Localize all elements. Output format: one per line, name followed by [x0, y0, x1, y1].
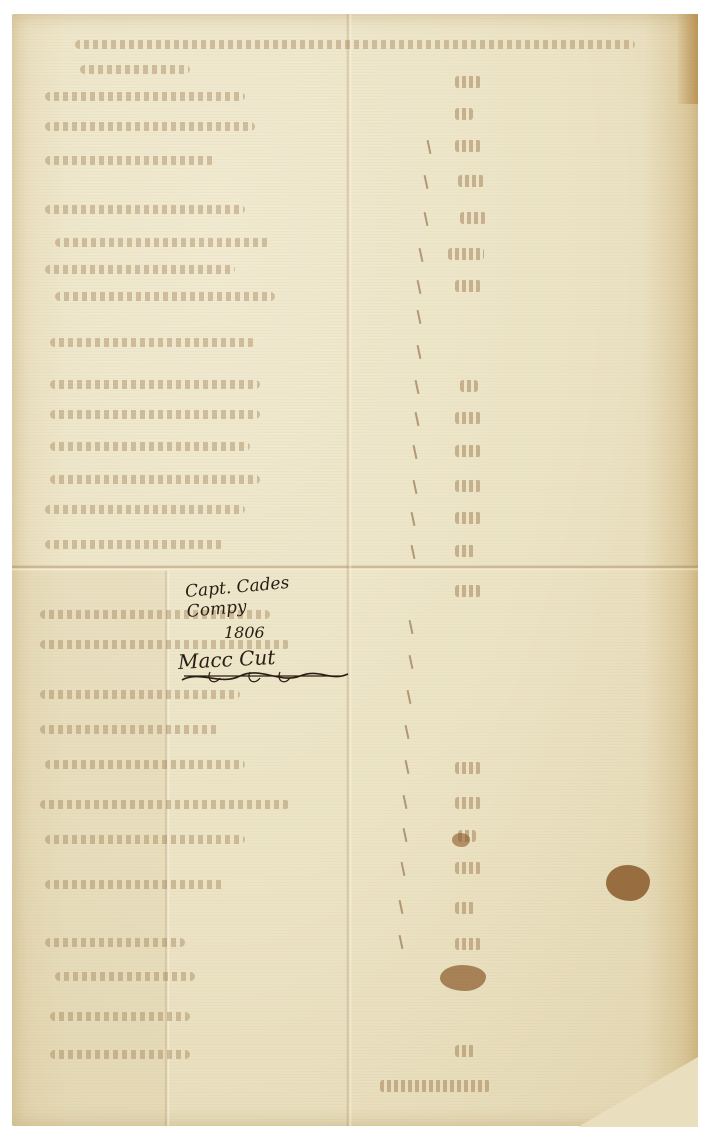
bleed-entry [45, 122, 255, 131]
bleed-amount [455, 545, 475, 557]
horizontal-fold [12, 565, 698, 571]
bleed-entry [55, 292, 275, 301]
ink-stain [606, 865, 650, 901]
bleed-entry [50, 442, 250, 451]
bleed-entry [45, 505, 245, 514]
bleed-amount [455, 512, 481, 524]
bleed-entry [50, 410, 260, 419]
bleed-amount [458, 175, 484, 187]
bleed-entry [50, 1050, 190, 1059]
lower-left-panel [12, 571, 164, 1126]
bleed-amount [448, 248, 484, 260]
bleed-entry [45, 540, 225, 549]
bleed-entry [45, 92, 245, 101]
bleed-entry [50, 475, 260, 484]
bleed-entry [45, 760, 245, 769]
bleed-entry [45, 880, 225, 889]
ink-stain [440, 965, 486, 991]
signature-flourish [180, 668, 350, 688]
bleed-amount [460, 380, 478, 392]
docket-inscription: Capt. Cades Compy 1806 Macc Cut [178, 582, 353, 674]
top-right-edge-wear [678, 14, 698, 104]
bleed-amount [455, 280, 481, 292]
bleed-entry [40, 725, 220, 734]
bleed-amount [455, 762, 481, 774]
bleed-amount [455, 585, 481, 597]
bleed-entry [45, 156, 215, 165]
left-vertical-fold [164, 571, 170, 1126]
bleed-amount [460, 212, 486, 224]
bleed-entry [40, 690, 240, 699]
bleed-amount [455, 862, 481, 874]
bleed-amount [455, 76, 481, 88]
bleed-amount [455, 1045, 475, 1057]
bleed-amount [455, 140, 481, 152]
bleed-entry [40, 800, 290, 809]
bleed-amount [455, 480, 481, 492]
bleed-entry [45, 938, 185, 947]
bleed-entry [80, 65, 190, 74]
bleed-amount [455, 938, 481, 950]
bleed-entry [45, 265, 235, 274]
docket-year: 1806 [224, 623, 353, 642]
bleed-entry [50, 380, 260, 389]
bleed-header-line [75, 40, 635, 49]
bottom-right-folded-corner [578, 1057, 698, 1127]
bleed-entry [55, 972, 195, 981]
bleed-amount [455, 797, 481, 809]
bleed-entry [50, 1012, 190, 1021]
bleed-total [380, 1080, 490, 1092]
bleed-entry [45, 205, 245, 214]
bleed-entry [55, 238, 270, 247]
ink-stain [452, 833, 470, 847]
bleed-entry [50, 338, 255, 347]
bleed-amount [455, 445, 481, 457]
bleed-amount [455, 412, 481, 424]
bleed-amount [455, 902, 475, 914]
bleed-amount [455, 108, 473, 120]
bleed-entry [45, 835, 245, 844]
